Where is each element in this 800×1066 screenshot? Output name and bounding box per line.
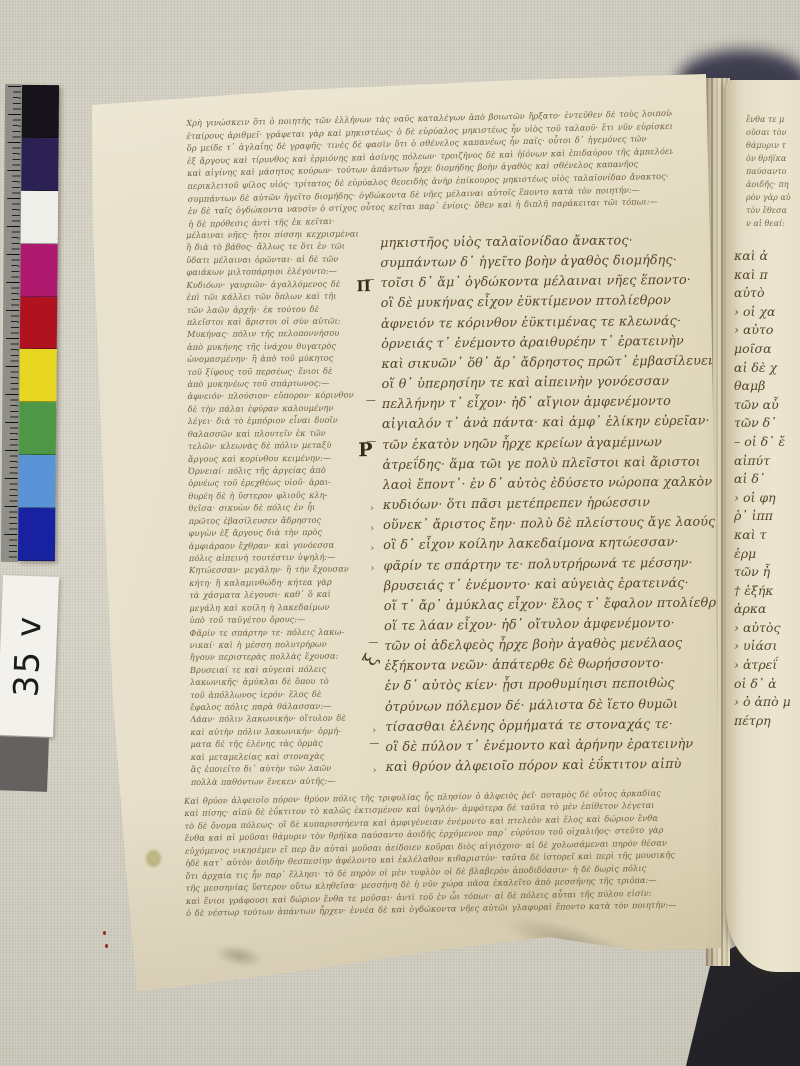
facing-verse-fragment: › αὐτὸς: [734, 619, 800, 638]
facing-verses-block: καὶ ἀκαὶ παὐτὸ› οἱ χα› αὐτομοῖσααἱ δὲ χθ…: [734, 247, 800, 730]
color-swatch: [19, 402, 56, 455]
bottom-scholia-block: Καὶ θρύον ἀλφειοῖο πόρον· θρύον πόλις τῆ…: [184, 786, 676, 919]
facing-scholia-line: ἔνθα τε μ: [746, 113, 800, 126]
facing-verse-fragment: › αὐτο: [734, 321, 800, 340]
left-scholia-column: μέλαιναι νῆες· ἤτοι πίσσηι κεχρισμέναιἢ …: [186, 227, 381, 788]
top-scholia-block: Χρὴ γινώσκειν ὅτι ὁ ποιητὴς τῶν ἑλλήνων …: [186, 107, 674, 230]
facing-verse-fragment: ἀρκα: [734, 600, 800, 619]
color-swatch: [18, 508, 55, 561]
scholia-line: ἀφνειόν· πλούσιον· εὔπορον· κόρινθον: [187, 389, 377, 403]
color-swatch: [20, 244, 57, 297]
facing-verse-fragment: αἰπύτ: [734, 452, 800, 471]
facing-verse-fragment: † ἑξήκ: [734, 582, 800, 601]
facing-scholia-line: ὸν θρήϊκα: [746, 152, 800, 165]
gray-card: [0, 736, 49, 792]
facing-scholia-block: ἔνθα τε μοῦσαι τὸνθάμυριν τὸν θρήϊκαπαύσ…: [746, 113, 800, 230]
facing-page: ἔνθα τε μοῦσαι τὸνθάμυριν τὸν θρήϊκαπαύσ…: [726, 80, 800, 972]
photo-backdrop: ἔνθα τε μοῦσαι τὸνθάμυριν τὸν θρήϊκαπαύσ…: [0, 0, 800, 1066]
diple-mark: ›: [370, 519, 374, 539]
color-calibration-bar: [18, 85, 59, 561]
folio-label: 35 v: [0, 575, 59, 737]
facing-scholia-line: θάμυριν τ: [746, 139, 800, 152]
facing-scholia-line: παύσαντο: [746, 165, 800, 178]
facing-verse-fragment: αὐτὸ: [734, 284, 800, 303]
facing-verse-fragment: αἱ δὲ χ: [734, 359, 800, 378]
facing-verse-fragment: › οἱ φη: [734, 489, 800, 508]
color-swatch: [20, 296, 57, 349]
facing-verse-fragment: ῥ᾽ ἱππ: [734, 507, 800, 526]
facing-verse-fragment: – οἱ δ᾽ ἔ: [734, 433, 800, 452]
color-swatch: [22, 85, 59, 138]
color-swatch: [18, 455, 55, 508]
facing-verse-fragment: καὶ ἀ: [734, 247, 800, 266]
color-swatch: [21, 191, 58, 244]
facing-scholia-line: τὸν ἔθεσα: [746, 204, 800, 217]
ink-stain-small: [213, 942, 266, 970]
paragraphos-mark: —: [369, 734, 378, 754]
verse-line: λαοὶ ἕποντ᾽· ἐν δ᾽ αὐτὸς ἐδύσετο νώροπα …: [383, 472, 717, 496]
verse-line: οἳ δ᾽ εἶχον κοίλην λακεδαίμονα κητώεσσαν…: [383, 533, 717, 557]
facing-verse-fragment: αἱ δ᾽: [734, 470, 800, 489]
folio-label-text: 35 v: [6, 614, 49, 698]
verse-line: αἰγιαλόν τ᾽ ἀνὰ πάντα· καὶ ἀμφ᾽ ἑλίκην ε…: [382, 412, 716, 436]
facing-scholia-line: ν αἱ θεαί:: [746, 217, 800, 230]
facing-verse-fragment: τῶν δ᾽: [734, 414, 800, 433]
ship-count-numeral: Ρ: [358, 440, 373, 460]
facing-verse-fragment: › ὁ ἀπὸ μ: [734, 693, 800, 712]
facing-verse-fragment: › οἱ χα: [734, 303, 800, 322]
red-speck: [103, 931, 106, 935]
facing-scholia-line: οῦσαι τὸν: [746, 126, 800, 139]
color-swatch: [21, 138, 58, 191]
paragraphos-mark: —: [366, 391, 375, 411]
scholia-line: μέλαιναι νῆες· ἤτοι πίσσηι κεχρισμέναι: [186, 227, 376, 241]
ship-count-numeral: Π: [356, 276, 370, 296]
yellow-spot: [146, 850, 161, 867]
diple-mark: ›: [373, 761, 377, 781]
facing-verse-fragment: οἱ δ᾽ ἀ: [734, 675, 800, 694]
diple-mark: ›: [370, 499, 374, 519]
paragraphos-mark: —: [368, 633, 377, 653]
facing-scholia-line: ἀοιδῆς· πη: [746, 178, 800, 191]
facing-verse-fragment: τῶν ἦ: [734, 563, 800, 582]
facing-verse-fragment: ἑρμ: [734, 545, 800, 564]
facing-verse-fragment: καὶ τ: [734, 526, 800, 545]
verse-line: τῶν οἱ ἀδελφεὸς ἦρχε βοὴν ἀγαθὸς μενέλαο…: [384, 634, 718, 658]
color-swatch: [19, 349, 56, 402]
verse-line: καὶ θρύον ἀλφειοῖο πόρον καὶ ἐΰκτιτον αἰ…: [385, 755, 719, 779]
facing-scholia-line: ρὸν γὰρ αὐ: [746, 191, 800, 204]
main-text-column: μηκιστῆος υἱὸς ταλαϊονίδαο ἄνακτος·συμπά…: [380, 231, 720, 794]
facing-verse-fragment: πέτρη: [734, 712, 800, 731]
verse-lines: μηκιστῆος υἱὸς ταλαϊονίδαο ἄνακτος·συμπά…: [380, 231, 720, 779]
diple-mark: ›: [370, 539, 374, 559]
facing-verse-fragment: μοῖσα: [734, 340, 800, 359]
manuscript-page: Χρὴ γινώσκειν ὅτι ὁ ποιητὴς τῶν ἑλλήνων …: [0, 0, 800, 1066]
facing-verse-fragment: τῶν αὖ: [734, 396, 800, 415]
facing-verse-fragment: καὶ π: [734, 266, 800, 285]
facing-verse-fragment: › ἀτρεΐ: [734, 656, 800, 675]
red-speck: [105, 944, 108, 948]
scholia-line: πολλὰ παθόντων ἕνεκεν αὐτῆς:—: [191, 774, 381, 788]
facing-verse-fragment: θαμβ: [734, 377, 800, 396]
facing-verse-fragment: › υἱάσι: [734, 637, 800, 656]
diple-mark: ›: [370, 559, 374, 579]
